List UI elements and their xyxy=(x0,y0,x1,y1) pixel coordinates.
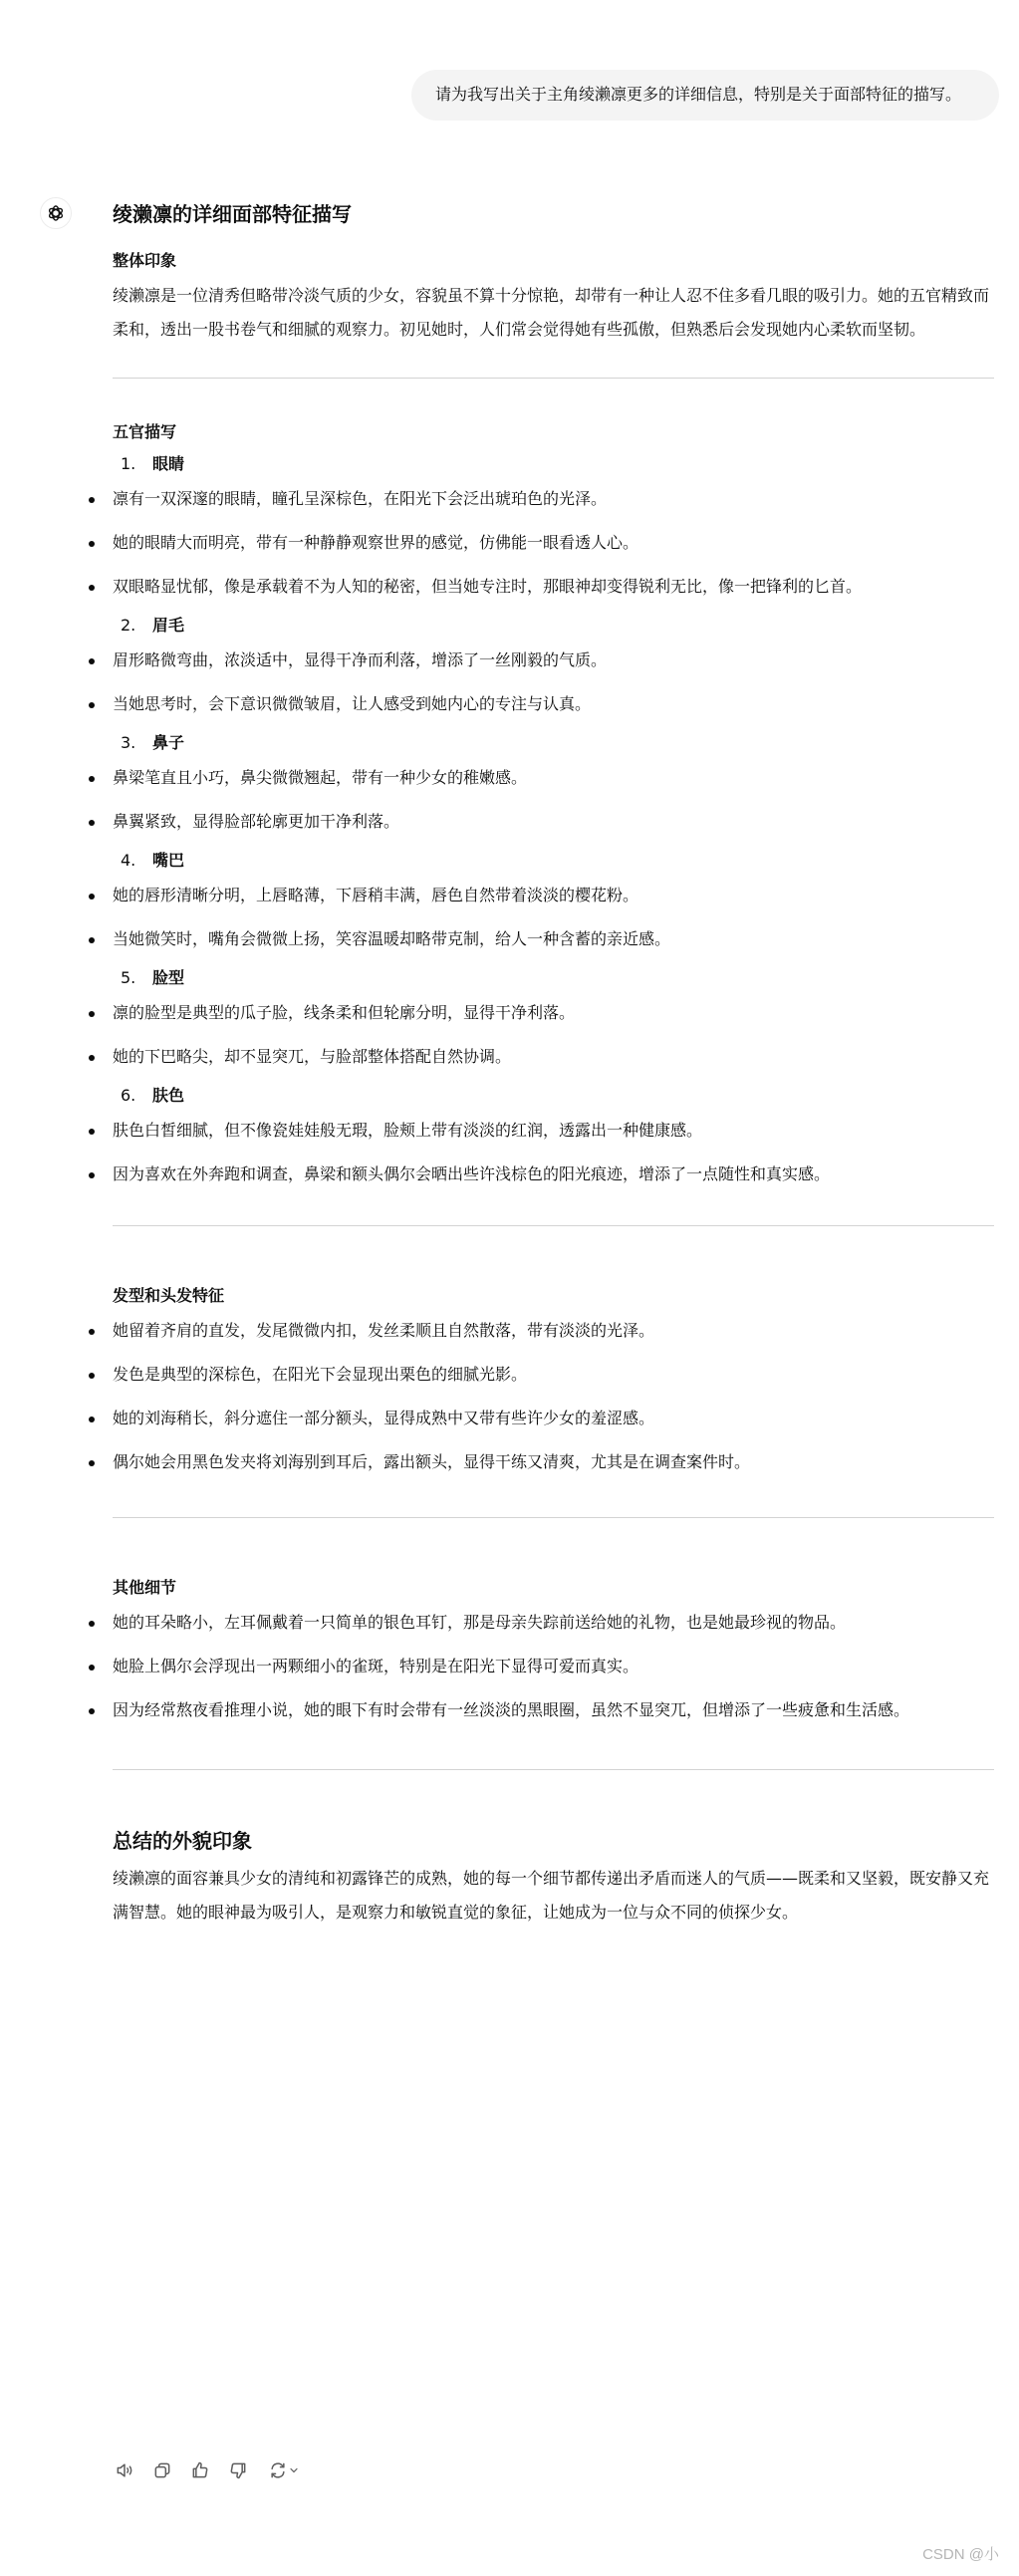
bullet-icon xyxy=(89,585,95,591)
section-heading-hair: 发型和头发特征 xyxy=(113,1284,994,1308)
other-list: 她的耳朵略小，左耳佩戴着一只简单的银色耳钉，那是母亲失踪前送给她的礼物，也是她最… xyxy=(113,1606,994,1727)
bullet-icon xyxy=(89,1055,95,1061)
list-item: 肤色白皙细腻，但不像瓷娃娃般无瑕，脸颊上带有淡淡的红润，透露出一种健康感。 xyxy=(113,1114,994,1148)
list-item: 发色是典型的深棕色，在阳光下会显现出栗色的细腻光影。 xyxy=(113,1358,994,1392)
list-item: 凛有一双深邃的眼睛，瞳孔呈深棕色，在阳光下会泛出琥珀色的光泽。 xyxy=(113,482,994,516)
bullet-icon xyxy=(89,1129,95,1135)
bullet-icon xyxy=(89,894,95,900)
response-title: 绫濑凛的详细面部特征描写 xyxy=(113,199,994,229)
regenerate-icon xyxy=(268,2460,288,2480)
list-item: 她脸上偶尔会浮现出一两颗细小的雀斑，特别是在阳光下显得可爱而真实。 xyxy=(113,1650,994,1683)
list-item: 鼻梁笔直且小巧，鼻尖微微翘起，带有一种少女的稚嫩感。 xyxy=(113,761,994,795)
list-item: 当她思考时，会下意识微微皱眉，让人感受到她内心的专注与认真。 xyxy=(113,687,994,721)
list-item: 眉形略微弯曲，浓淡适中，显得干净而利落，增添了一丝刚毅的气质。 xyxy=(113,644,994,677)
read-aloud-icon xyxy=(115,2460,134,2480)
feature-item-face-shape: 5.脸型 凛的脸型是典型的瓜子脸，线条柔和但轮廓分明，显得干净利落。 她的下巴略… xyxy=(113,966,994,1074)
list-item: 因为经常熬夜看推理小说，她的眼下有时会带有一丝淡淡的黑眼圈，虽然不显突兀，但增添… xyxy=(113,1693,994,1727)
bullet-icon xyxy=(89,497,95,503)
watermark: CSDN @小 xyxy=(922,2543,999,2564)
feature-item-eyebrows: 2.眉毛 眉形略微弯曲，浓淡适中，显得干净而利落，增添了一丝刚毅的气质。 当她思… xyxy=(113,614,994,721)
feature-item-mouth: 4.嘴巴 她的唇形清晰分明，上唇略薄，下唇稍丰满，唇色自然带着淡淡的樱花粉。 当… xyxy=(113,849,994,956)
list-item: 偶尔她会用黑色发夹将刘海别到耳后，露出额头，显得干练又清爽，尤其是在调查案件时。 xyxy=(113,1445,994,1479)
chevron-down-icon xyxy=(288,2464,300,2476)
bullet-icon xyxy=(89,1329,95,1335)
section-heading-overall: 整体印象 xyxy=(113,249,994,273)
features-list: 1.眼睛 凛有一双深邃的眼睛，瞳孔呈深棕色，在阳光下会泛出琥珀色的光泽。 她的眼… xyxy=(113,452,994,1191)
bullet-icon xyxy=(89,937,95,943)
bullet-icon xyxy=(89,702,95,708)
list-item: 鼻翼紧致，显得脸部轮廓更加干净利落。 xyxy=(113,805,994,839)
bullet-icon xyxy=(89,1621,95,1627)
regenerate-button[interactable] xyxy=(264,2458,304,2482)
list-number: 4. xyxy=(121,849,152,873)
feature-label: 嘴巴 xyxy=(152,849,184,873)
assistant-avatar xyxy=(40,197,72,229)
list-item: 双眼略显忧郁，像是承载着不为人知的秘密，但当她专注时，那眼神却变得锐利无比，像一… xyxy=(113,570,994,604)
bullet-icon xyxy=(89,1460,95,1466)
list-item: 她的唇形清晰分明，上唇略薄，下唇稍丰满，唇色自然带着淡淡的樱花粉。 xyxy=(113,879,994,912)
assistant-message: 绫濑凛的详细面部特征描写 整体印象 绫濑凛是一位清秀但略带冷淡气质的少女，容貌虽… xyxy=(113,199,994,1930)
feature-item-eyes: 1.眼睛 凛有一双深邃的眼睛，瞳孔呈深棕色，在阳光下会泛出琥珀色的光泽。 她的眼… xyxy=(113,452,994,604)
thumbs-down-icon xyxy=(228,2460,248,2480)
bullet-icon xyxy=(89,1373,95,1379)
message-actions xyxy=(113,2458,304,2482)
list-item: 凛的脸型是典型的瓜子脸，线条柔和但轮廓分明，显得干净利落。 xyxy=(113,996,994,1030)
list-item: 她的刘海稍长，斜分遮住一部分额头，显得成熟中又带有些许少女的羞涩感。 xyxy=(113,1402,994,1435)
list-number: 2. xyxy=(121,614,152,638)
bullet-icon xyxy=(89,541,95,547)
list-number: 6. xyxy=(121,1084,152,1108)
feature-item-skin: 6.肤色 肤色白皙细腻，但不像瓷娃娃般无瑕，脸颊上带有淡淡的红润，透露出一种健康… xyxy=(113,1084,994,1191)
list-item: 她的下巴略尖，却不显突兀，与脸部整体搭配自然协调。 xyxy=(113,1040,994,1074)
overall-paragraph: 绫濑凛是一位清秀但略带冷淡气质的少女，容貌虽不算十分惊艳，却带有一种让人忍不住多… xyxy=(113,279,994,347)
section-heading-summary: 总结的外貌印象 xyxy=(113,1826,994,1856)
copy-button[interactable] xyxy=(150,2458,174,2482)
list-item: 她的眼睛大而明亮，带有一种静静观察世界的感觉，仿佛能一眼看透人心。 xyxy=(113,526,994,560)
feature-label: 眼睛 xyxy=(152,452,184,476)
list-number: 5. xyxy=(121,966,152,990)
user-message-bubble: 请为我写出关于主角绫濑凛更多的详细信息，特别是关于面部特征的描写。 xyxy=(411,70,999,121)
bullet-icon xyxy=(89,1665,95,1671)
summary-paragraph: 绫濑凛的面容兼具少女的清纯和初露锋芒的成熟，她的每一个细节都传递出矛盾而迷人的气… xyxy=(113,1862,994,1930)
list-number: 3. xyxy=(121,731,152,755)
list-item: 因为喜欢在外奔跑和调查，鼻梁和额头偶尔会晒出些许浅棕色的阳光痕迹，增添了一点随性… xyxy=(113,1158,994,1191)
good-response-button[interactable] xyxy=(188,2458,212,2482)
list-item: 她留着齐肩的直发，发尾微微内扣，发丝柔顺且自然散落，带有淡淡的光泽。 xyxy=(113,1314,994,1348)
user-message-row: 请为我写出关于主角绫濑凛更多的详细信息，特别是关于面部特征的描写。 xyxy=(411,70,999,121)
bullet-icon xyxy=(89,658,95,664)
feature-label: 肤色 xyxy=(152,1084,184,1108)
bullet-icon xyxy=(89,820,95,826)
feature-label: 鼻子 xyxy=(152,731,184,755)
copy-icon xyxy=(152,2460,172,2480)
bullet-icon xyxy=(89,1708,95,1714)
bullet-icon xyxy=(89,1011,95,1017)
bad-response-button[interactable] xyxy=(226,2458,250,2482)
bullet-icon xyxy=(89,776,95,782)
section-heading-features: 五官描写 xyxy=(113,420,994,444)
list-item: 她的耳朵略小，左耳佩戴着一只简单的银色耳钉，那是母亲失踪前送给她的礼物，也是她最… xyxy=(113,1606,994,1640)
feature-item-nose: 3.鼻子 鼻梁笔直且小巧，鼻尖微微翘起，带有一种少女的稚嫩感。 鼻翼紧致，显得脸… xyxy=(113,731,994,839)
feature-label: 眉毛 xyxy=(152,614,184,638)
read-aloud-button[interactable] xyxy=(113,2458,136,2482)
openai-logo-icon xyxy=(46,203,66,223)
bullet-icon xyxy=(89,1172,95,1178)
hair-list: 她留着齐肩的直发，发尾微微内扣，发丝柔顺且自然散落，带有淡淡的光泽。 发色是典型… xyxy=(113,1314,994,1479)
bullet-icon xyxy=(89,1417,95,1422)
thumbs-up-icon xyxy=(190,2460,210,2480)
section-heading-other: 其他细节 xyxy=(113,1576,994,1600)
list-number: 1. xyxy=(121,452,152,476)
feature-label: 脸型 xyxy=(152,966,184,990)
list-item: 当她微笑时，嘴角会微微上扬，笑容温暖却略带克制，给人一种含蓄的亲近感。 xyxy=(113,922,994,956)
